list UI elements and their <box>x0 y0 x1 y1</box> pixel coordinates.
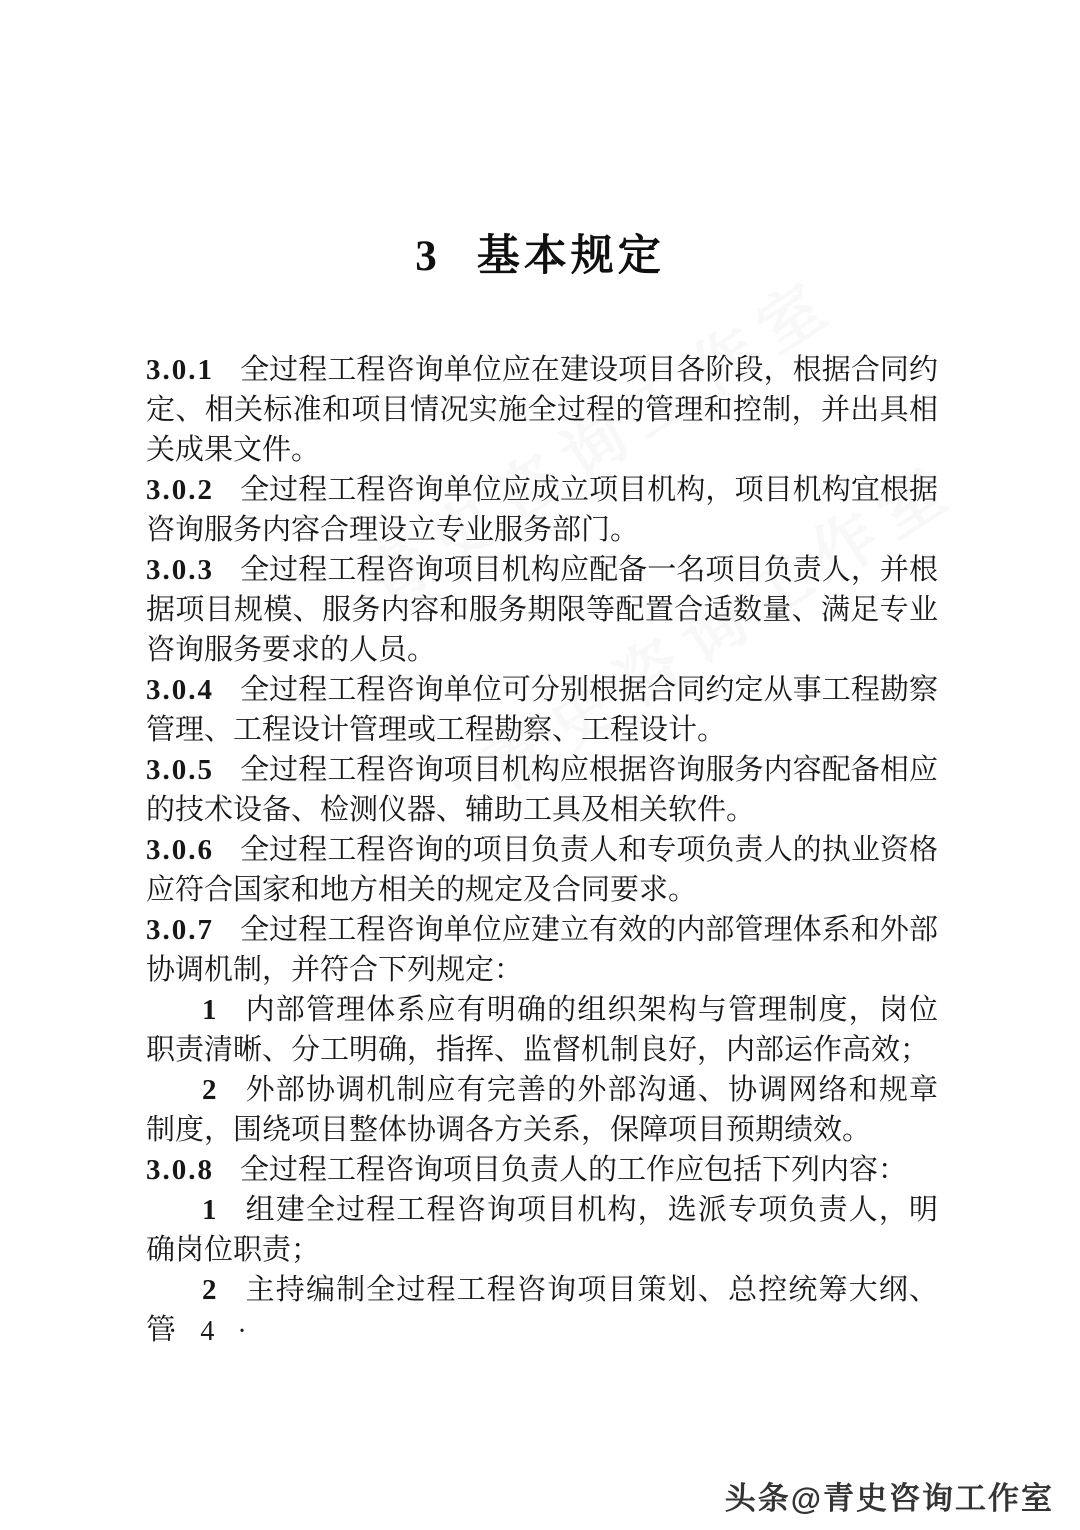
item-number: 2 <box>202 1274 217 1306</box>
clause-text: 全过程工程咨询项目机构应根据咨询服务内容配备相应的技术设备、检测仪器、辅助工具及… <box>146 754 938 826</box>
clause-text: 全过程工程咨询单位可分别根据合同约定从事工程勘察管理、工程设计管理或工程勘察、工… <box>146 674 938 746</box>
clause-3-0-6: 3.0.6全过程工程咨询的项目负责人和专项负责人的执业资格应符合国家和地方相关的… <box>146 830 938 910</box>
clause-3-0-8: 3.0.8全过程工程咨询项目负责人的工作应包括下列内容： <box>146 1150 938 1190</box>
item-number: 1 <box>202 994 217 1026</box>
clause-3-0-8-item-1: 1组建全过程工程咨询项目机构，选派专项负责人，明确岗位职责； <box>146 1190 938 1270</box>
item-text: 主持编制全过程工程咨询项目策划、总控统筹大纲、管 <box>146 1274 938 1346</box>
clause-3-0-7-item-1: 1内部管理体系应有明确的组织架构与管理制度，岗位职责清晰、分工明确，指挥、监督机… <box>146 990 938 1070</box>
clause-number: 3.0.5 <box>146 754 214 786</box>
clause-number: 3.0.7 <box>146 914 214 946</box>
clause-number: 3.0.4 <box>146 674 214 706</box>
clause-text: 全过程工程咨询单位应建立有效的内部管理体系和外部协调机制，并符合下列规定： <box>146 914 938 986</box>
clause-3-0-4: 3.0.4全过程工程咨询单位可分别根据合同约定从事工程勘察管理、工程设计管理或工… <box>146 670 938 750</box>
document-body: 3.0.1全过程工程咨询单位应在建设项目各阶段，根据合同约定、相关标准和项目情况… <box>146 350 938 1350</box>
clause-text: 全过程工程咨询项目机构应配备一名项目负责人，并根据项目规模、服务内容和服务期限等… <box>146 554 938 666</box>
chapter-number: 3 <box>415 233 437 280</box>
page-number: · 4 · <box>168 1316 255 1348</box>
clause-3-0-8-item-2: 2主持编制全过程工程咨询项目策划、总控统筹大纲、管 <box>146 1270 938 1350</box>
clause-3-0-2: 3.0.2全过程工程咨询单位应成立项目机构，项目机构宜根据咨询服务内容合理设立专… <box>146 470 938 550</box>
clause-number: 3.0.8 <box>146 1154 214 1186</box>
clause-text: 全过程工程咨询单位应在建设项目各阶段，根据合同约定、相关标准和项目情况实施全过程… <box>146 354 938 466</box>
item-text: 组建全过程工程咨询项目机构，选派专项负责人，明确岗位职责； <box>146 1194 938 1266</box>
clause-number: 3.0.3 <box>146 554 214 586</box>
clause-text: 全过程工程咨询的项目负责人和专项负责人的执业资格应符合国家和地方相关的规定及合同… <box>146 834 938 906</box>
chapter-name: 基本规定 <box>477 233 665 280</box>
clause-number: 3.0.6 <box>146 834 214 866</box>
clause-3-0-7-item-2: 2外部协调机制应有完善的外部沟通、协调网络和规章制度，围绕项目整体协调各方关系，… <box>146 1070 938 1150</box>
clause-number: 3.0.2 <box>146 474 214 506</box>
watermark-credit: 头条@青史咨询工作室 <box>725 1473 1054 1518</box>
clause-3-0-5: 3.0.5全过程工程咨询项目机构应根据咨询服务内容配备相应的技术设备、检测仪器、… <box>146 750 938 830</box>
clause-3-0-3: 3.0.3全过程工程咨询项目机构应配备一名项目负责人，并根据项目规模、服务内容和… <box>146 550 938 670</box>
clause-text: 全过程工程咨询项目负责人的工作应包括下列内容： <box>240 1154 907 1186</box>
item-number: 1 <box>202 1194 217 1226</box>
item-text: 内部管理体系应有明确的组织架构与管理制度，岗位职责清晰、分工明确，指挥、监督机制… <box>146 994 938 1066</box>
clause-3-0-7: 3.0.7全过程工程咨询单位应建立有效的内部管理体系和外部协调机制，并符合下列规… <box>146 910 938 990</box>
item-text: 外部协调机制应有完善的外部沟通、协调网络和规章制度，围绕项目整体协调各方关系，保… <box>146 1074 938 1146</box>
clause-number: 3.0.1 <box>146 354 214 386</box>
document-page: 青史咨询工作室 青史咨询工作室 3基本规定 3.0.1全过程工程咨询单位应在建设… <box>0 0 1080 1530</box>
clause-text: 全过程工程咨询单位应成立项目机构，项目机构宜根据咨询服务内容合理设立专业服务部门… <box>146 474 938 546</box>
item-number: 2 <box>202 1074 217 1106</box>
clause-3-0-1: 3.0.1全过程工程咨询单位应在建设项目各阶段，根据合同约定、相关标准和项目情况… <box>146 350 938 470</box>
chapter-title: 3基本规定 <box>0 222 1080 283</box>
